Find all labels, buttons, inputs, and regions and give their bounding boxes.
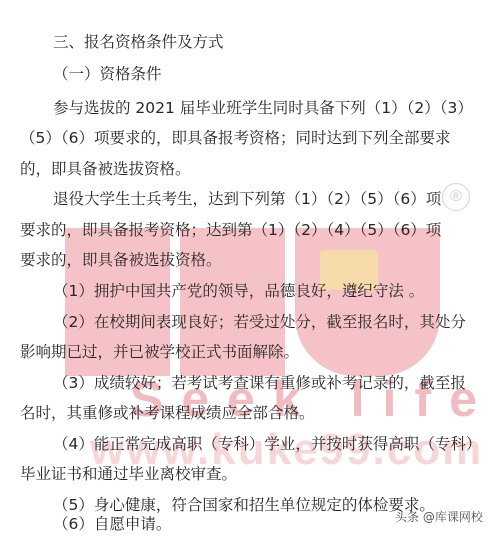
paragraph-line: 的，即具备被选拔资格。 bbox=[20, 157, 191, 179]
requirement-4: （4）能正常完成高职（专科）学业，并按时获得高职（专科） bbox=[53, 432, 481, 454]
requirement-4-cont: 毕业证书和通过毕业离校审查。 bbox=[20, 462, 237, 484]
subsection-heading: （一）资格条件 bbox=[53, 62, 162, 84]
requirement-3-cont: 名时，其重修或补考课程成绩应全部合格。 bbox=[20, 401, 315, 423]
requirement-2: （2）在校期间表现良好；若受过处分，截至报名时，其处分 bbox=[53, 310, 466, 332]
requirement-1: （1）拥护中国共产党的领导，品德良好，遵纪守法 。 bbox=[53, 279, 424, 301]
paragraph-line: 要求的，即具备被选拔资格。 bbox=[20, 248, 222, 270]
requirement-6: （6）自愿申请。 bbox=[53, 512, 171, 534]
registered-mark-icon: ® bbox=[442, 183, 470, 211]
source-label: 头条 @库课网校 bbox=[395, 508, 483, 525]
paragraph-line: 要求的，即具备报考资格；达到第（1）（2）（4）（5）（6）项 bbox=[20, 218, 441, 240]
section-heading: 三、报名资格条件及方式 bbox=[53, 30, 224, 52]
paragraph-line: 退役大学生士兵考生，达到下列第（1）（2）（5）（6）项 bbox=[53, 187, 441, 209]
requirement-2-cont: 影响期已过，并已被学校正式书面解除。 bbox=[20, 340, 299, 362]
paragraph-line: （5）（6）项要求的，即具备报考资格；同时达到下列全部要求 bbox=[20, 126, 450, 148]
paragraph-line: 参与选拔的 2021 届毕业班学生同时具备下列（1）（2）（3） bbox=[53, 96, 473, 118]
requirement-3: （3）成绩较好；若考试考查课有重修或补考记录的，截至报 bbox=[53, 371, 466, 393]
